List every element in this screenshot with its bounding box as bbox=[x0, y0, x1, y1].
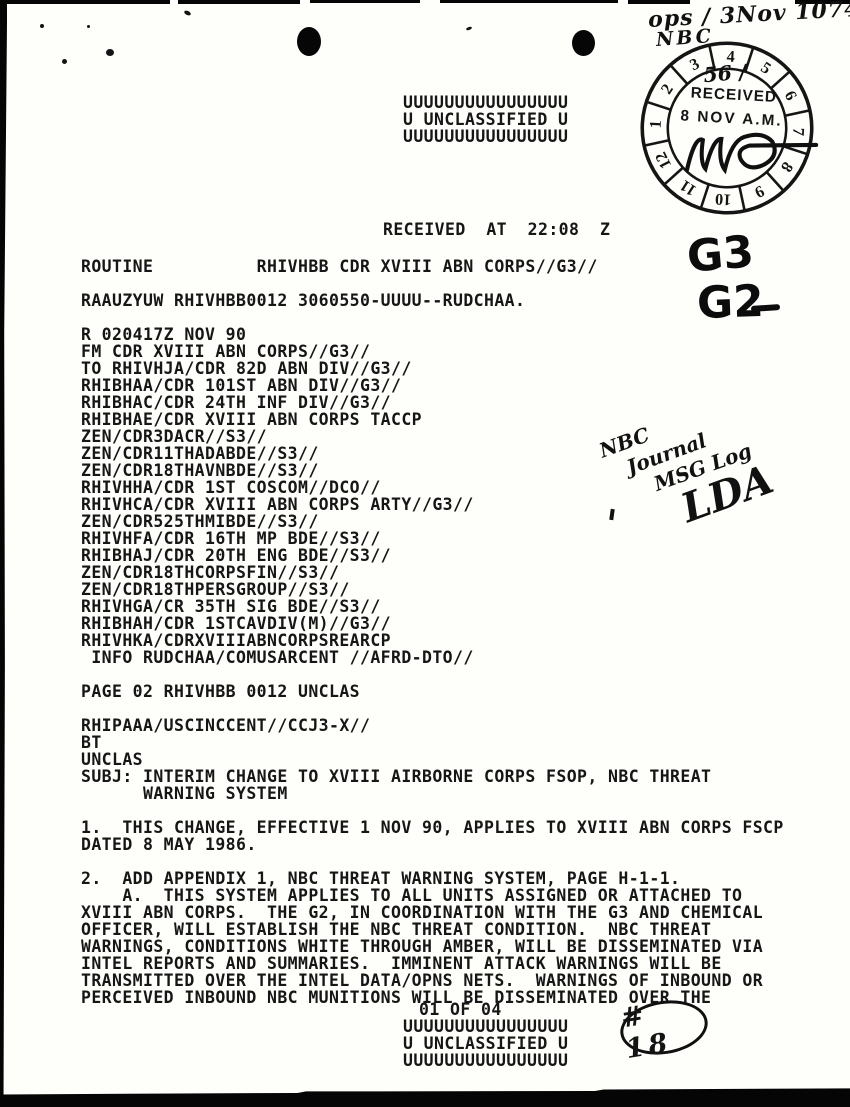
scan-edge-left bbox=[0, 0, 7, 1107]
message-body: ROUTINE RHIVHBB CDR XVIII ABN CORPS//G3/… bbox=[81, 258, 784, 1006]
scan-speck bbox=[62, 59, 67, 64]
handwritten-g2-marker: G2 bbox=[696, 280, 764, 326]
scan-edge-top bbox=[440, 0, 618, 3]
scan-speck bbox=[40, 24, 44, 28]
scan-speck bbox=[106, 49, 114, 56]
stamp-dial-number: 6 bbox=[781, 87, 802, 103]
stamp-date-label: 8 NOV A.M. bbox=[680, 107, 783, 129]
scanned-document-page: UUUUUUUUUUUUUUUU U UNCLASSIFIED U UUUUUU… bbox=[0, 0, 850, 1107]
stamp-dial-number: 2 bbox=[657, 80, 677, 97]
classification-banner-bottom: UUUUUUUUUUUUUUUU U UNCLASSIFIED U UUUUUU… bbox=[403, 1018, 568, 1069]
hole-punch-right bbox=[572, 30, 595, 56]
classification-banner-top: UUUUUUUUUUUUUUUU U UNCLASSIFIED U UUUUUU… bbox=[403, 94, 568, 145]
scan-edge-bottom bbox=[0, 1088, 850, 1107]
scan-edge-top bbox=[178, 0, 300, 4]
handwritten-g3-marker: G3 bbox=[685, 230, 755, 280]
stamp-dial-number: 5 bbox=[758, 58, 775, 78]
stamp-received-label: RECEIVED bbox=[690, 84, 777, 105]
stamp-dial-number: 1 bbox=[646, 120, 665, 129]
hole-punch-left bbox=[297, 27, 321, 56]
scan-speck bbox=[87, 25, 90, 28]
received-time-line: RECEIVED AT 22:08 Z bbox=[383, 221, 610, 238]
stamp-dial-number: 9 bbox=[752, 182, 768, 203]
stamp-dial-number: 8 bbox=[777, 159, 797, 176]
scan-edge-top bbox=[0, 0, 170, 4]
scan-speck bbox=[466, 26, 473, 31]
received-date-stamp: 1 2 3 4 5 6 7 8 9 10 11 12 RECEIVED 8 NO… bbox=[625, 26, 829, 230]
scan-edge-top bbox=[310, 0, 420, 3]
stamp-dial-number: 3 bbox=[686, 54, 702, 75]
stamp-dial-number: 7 bbox=[789, 127, 808, 136]
circled-page-number: # 18 bbox=[616, 994, 711, 1060]
scan-speck bbox=[183, 10, 191, 17]
stamp-dial-number: 10 bbox=[715, 190, 732, 210]
page-count: 01 OF 04 bbox=[419, 1001, 502, 1018]
scan-edge-top bbox=[628, 0, 690, 4]
stamp-handwritten-mark: 56 / bbox=[702, 59, 749, 87]
